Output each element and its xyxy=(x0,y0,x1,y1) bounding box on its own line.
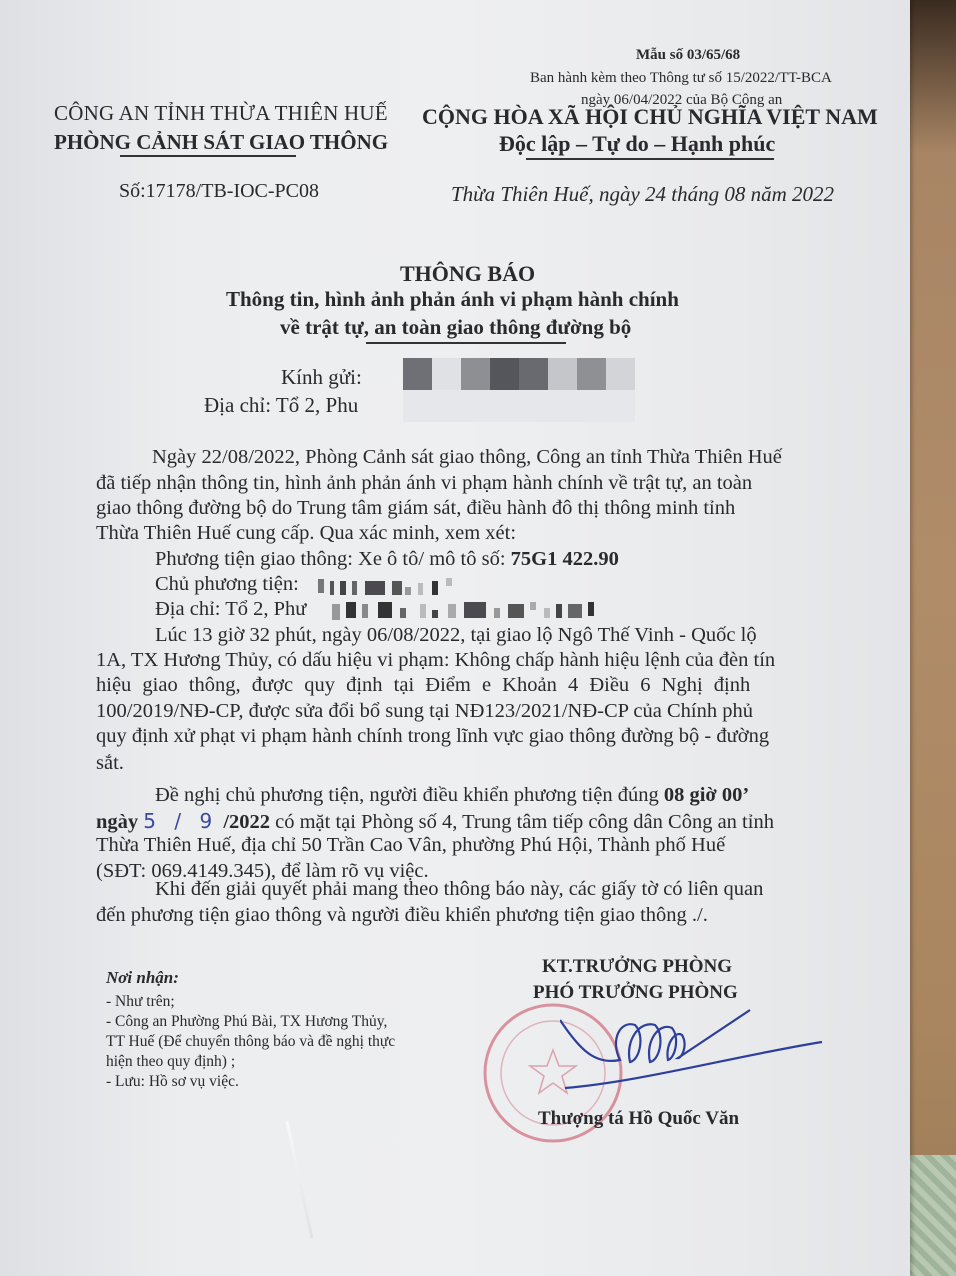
header-underline-right xyxy=(526,158,774,160)
signature-title-1: KT.TRƯỞNG PHÒNG xyxy=(542,956,732,978)
agency-name: CÔNG AN TỈNH THỪA THIÊN HUẾ xyxy=(54,101,388,126)
paper-crease xyxy=(286,1121,314,1239)
recipients-item: - Lưu: Hồ sơ vụ việc. xyxy=(106,1073,239,1091)
form-issued-with: Ban hành kèm theo Thông tư số 15/2022/TT… xyxy=(530,70,832,87)
header-underline-left xyxy=(120,155,296,157)
recipients-item: - Công an Phường Phú Bài, TX Hương Thủy, xyxy=(106,1013,387,1031)
body-paragraph-3: giao thông đường bộ do Trung tâm giám sá… xyxy=(96,497,735,520)
appointment-time: 08 giờ 00’ xyxy=(664,784,749,806)
violation-line-4: 100/2019/NĐ-CP, được sửa đổi bổ sung tại… xyxy=(96,700,753,723)
body-paragraph-4: Thừa Thiên Huế cung cấp. Qua xác minh, x… xyxy=(96,522,516,545)
request-line-3: Thừa Thiên Huế, địa chỉ 50 Trần Cao Vân,… xyxy=(96,834,725,857)
vehicle-label: Phương tiện giao thông: Xe ô tô/ mô tô s… xyxy=(155,548,511,570)
country-name: CỘNG HÒA XÃ HỘI CHỦ NGHĨA VIỆT NAM xyxy=(422,104,878,130)
license-plate: 75G1 422.90 xyxy=(511,548,619,570)
background-surface xyxy=(908,0,956,1276)
body-paragraph-1: Ngày 22/08/2022, Phòng Cảnh sát giao thô… xyxy=(152,446,782,469)
recipients-item: hiện theo quy định) ; xyxy=(106,1053,235,1071)
request-text: Đề nghị chủ phương tiện, người điều khiể… xyxy=(155,784,664,806)
appointment-day-label: ngày xyxy=(96,811,138,833)
recipient-address-label: Địa chỉ: Tổ 2, Phu xyxy=(204,393,358,418)
appointment-location: có mặt tại Phòng số 4, Trung tâm tiếp cô… xyxy=(270,811,774,833)
recipients-item: - Như trên; xyxy=(106,993,175,1011)
recipients-heading: Nơi nhận: xyxy=(106,968,179,988)
violation-line-3: hiệu giao thông, được quy định tại Điểm … xyxy=(96,674,750,697)
title-underline xyxy=(366,342,566,344)
document-subtitle-2: về trật tự, an toàn giao thông đường bộ xyxy=(280,315,631,340)
body-paragraph-2: đã tiếp nhận thông tin, hình ảnh phản án… xyxy=(96,472,752,495)
department-name: PHÒNG CẢNH SÁT GIAO THÔNG xyxy=(54,130,388,155)
document-title: THÔNG BÁO xyxy=(400,261,535,287)
handwritten-date: 5 / 9 xyxy=(143,809,218,833)
document-subtitle-1: Thông tin, hình ảnh phản ánh vi phạm hàn… xyxy=(226,287,679,312)
owner-label: Chủ phương tiện: xyxy=(155,573,299,595)
form-number: Mẫu số 03/65/68 xyxy=(636,47,740,64)
violation-line-6: sắt. xyxy=(96,752,124,775)
vehicle-line: Phương tiện giao thông: Xe ô tô/ mô tô s… xyxy=(155,548,619,571)
bring-docs-line-1: Khi đến giải quyết phải mang theo thông … xyxy=(155,878,763,901)
bring-docs-line-2: đến phương tiện giao thông và người điều… xyxy=(96,904,708,927)
recipients-item: TT Huế (Để chuyển thông báo và đề nghị t… xyxy=(106,1033,395,1051)
violation-line-1: Lúc 13 giờ 32 phút, ngày 06/08/2022, tại… xyxy=(155,624,757,647)
document-page: CÔNG AN TỈNH THỪA THIÊN HUẾ PHÒNG CẢNH S… xyxy=(0,0,910,1276)
background-cloth xyxy=(908,1155,956,1276)
request-line-1: Đề nghị chủ phương tiện, người điều khiể… xyxy=(155,784,749,807)
document-number: Số:17178/TB-IOC-PC08 xyxy=(119,180,319,203)
owner-address-label: Địa chỉ: Tổ 2, Phư xyxy=(155,598,306,620)
signer-name: Thượng tá Hồ Quốc Văn xyxy=(538,1108,739,1130)
owner-address-line: Địa chỉ: Tổ 2, Phư xyxy=(155,598,306,621)
handwritten-signature-icon xyxy=(560,1000,840,1100)
owner-line: Chủ phương tiện: xyxy=(155,573,299,596)
violation-line-5: quy định xử phạt vi phạm hành chính tron… xyxy=(96,725,769,748)
request-line-2: ngày 5 / 9 /2022 có mặt tại Phòng số 4, … xyxy=(96,809,774,834)
recipient-label: Kính gửi: xyxy=(281,365,362,390)
violation-line-2: 1A, TX Hương Thủy, có dấu hiệu vi phạm: … xyxy=(96,649,775,672)
national-motto: Độc lập – Tự do – Hạnh phúc xyxy=(499,131,775,157)
place-date: Thừa Thiên Huế, ngày 24 tháng 08 năm 202… xyxy=(451,182,834,207)
appointment-year: /2022 xyxy=(223,811,270,833)
